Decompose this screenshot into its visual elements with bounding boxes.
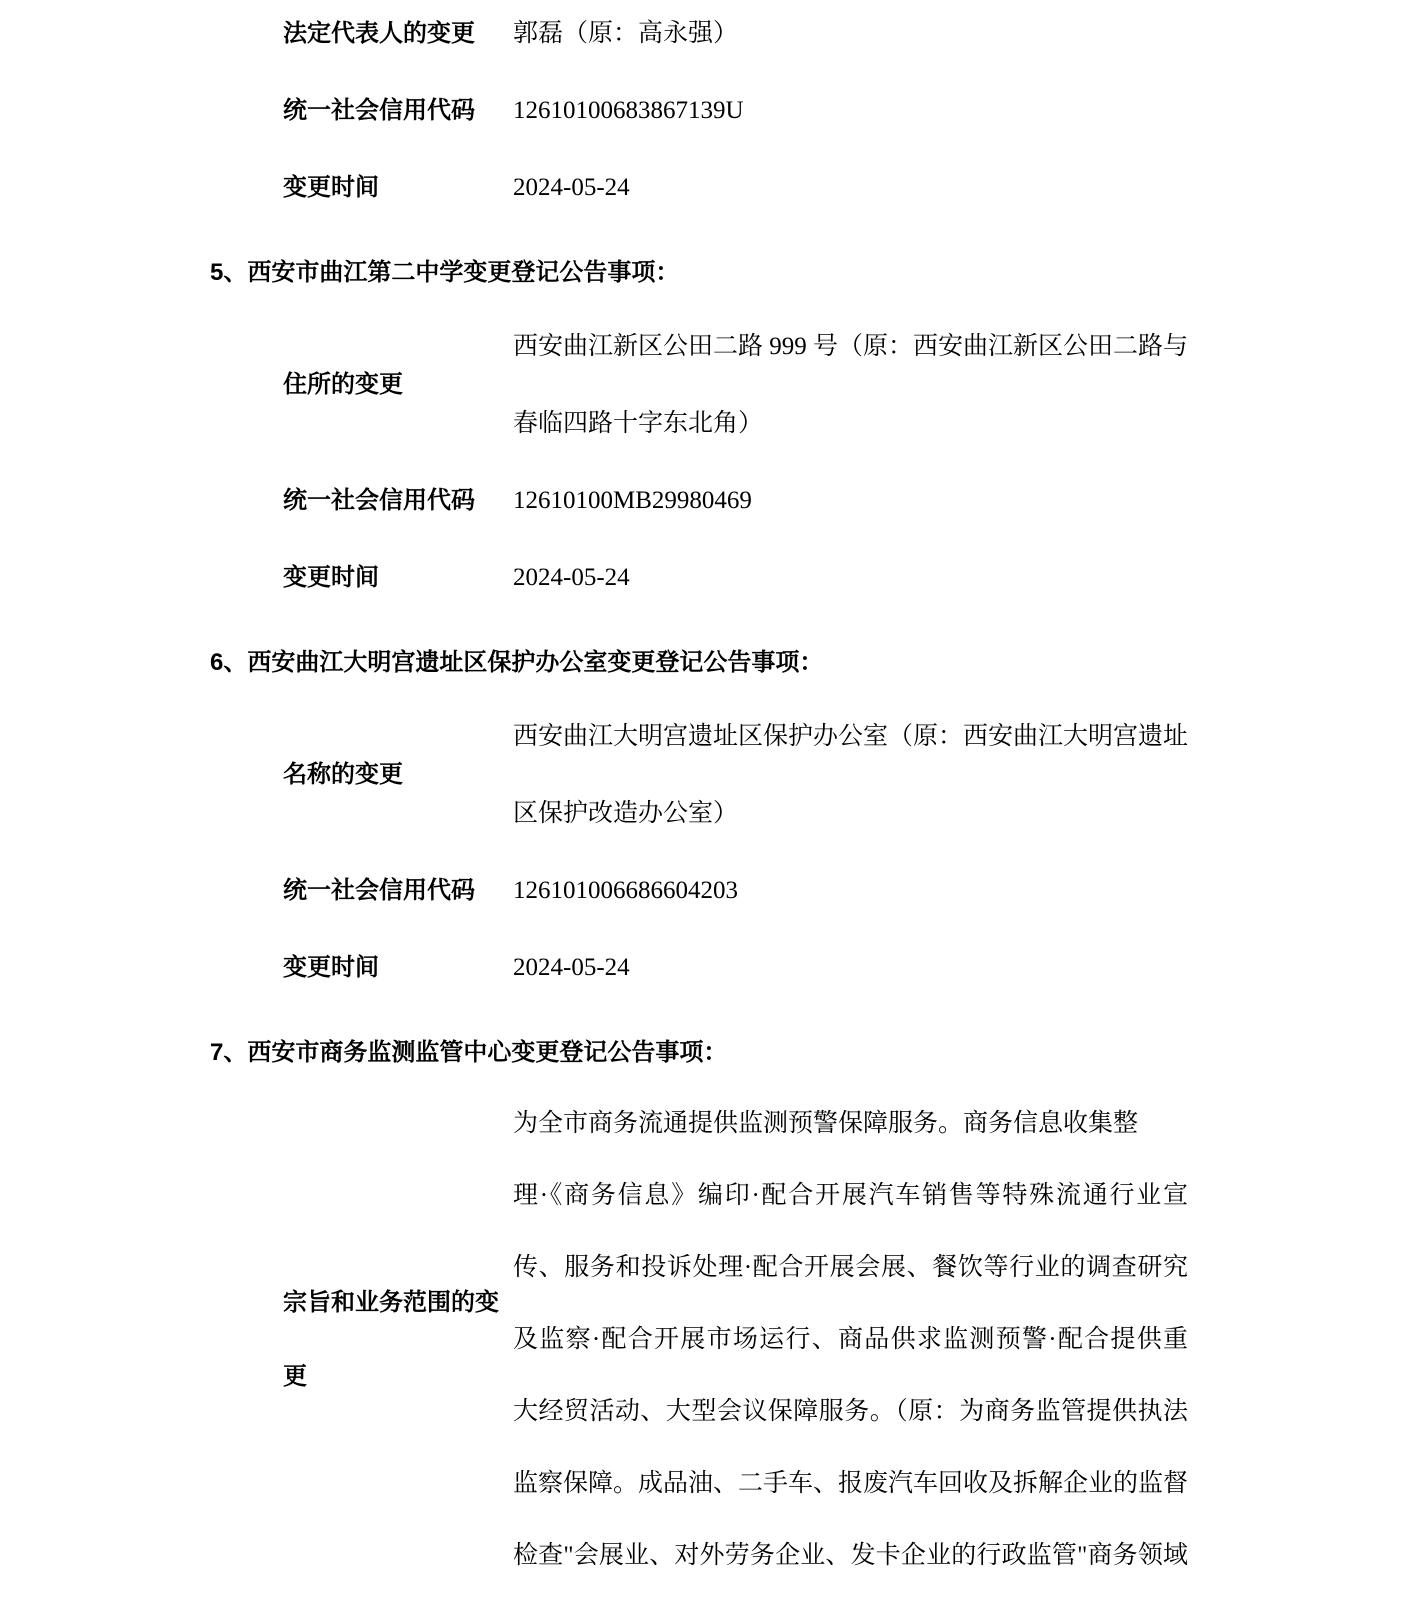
field-label: 变更时间 [283,931,513,1005]
field-value: 12610100683867139U [513,72,1188,149]
field-value: 2024-05-24 [513,539,1188,616]
value-line: 西安曲江新区公田二路 999 号（原：西安曲江新区公田二路与 [513,308,1188,385]
value-line: 为全市商务流通提供监测预警保障服务。商务信息收集整 [513,1088,1188,1160]
section-heading: 6、西安曲江大明宫遗址区保护办公室变更登记公告事项： [210,621,1405,698]
value-line: 检查"会展业、对外劳务企业、发卡企业的行政监管"商务领域 [513,1520,1188,1592]
section-heading: 7、西安市商务监测监管中心变更登记公告事项： [210,1011,1405,1088]
field-label: 住所的变更 [283,348,513,422]
value-line: 及监察·配合开展市场运行、商品供求监测预警·配合提供重 [513,1304,1188,1376]
field-row: 变更时间 2024-05-24 [0,929,1405,1006]
field-value: 西安曲江新区公田二路 999 号（原：西安曲江新区公田二路与 春临四路十字东北角… [513,308,1188,462]
field-value: 为全市商务流通提供监测预警保障服务。商务信息收集整 理·《商务信息》编印·配合开… [513,1088,1188,1592]
document-page: 法定代表人的变更 郭磊（原：高永强） 统一社会信用代码 126101006838… [0,0,1405,1592]
field-value: 2024-05-24 [513,929,1188,1006]
value-line: 春临四路十字东北角） [513,385,1188,462]
field-label: 变更时间 [283,541,513,615]
field-label: 统一社会信用代码 [283,74,513,148]
field-row: 统一社会信用代码 126101006686604203 [0,852,1405,929]
field-value: 12610100MB29980469 [513,462,1188,539]
section-heading: 5、西安市曲江第二中学变更登记公告事项： [210,231,1405,308]
field-value: 郭磊（原：高永强） [513,0,1188,72]
field-row: 变更时间 2024-05-24 [0,149,1405,226]
field-label: 变更时间 [283,151,513,225]
field-row: 统一社会信用代码 12610100683867139U [0,72,1405,149]
field-row: 名称的变更 西安曲江大明宫遗址区保护办公室（原：西安曲江大明宫遗址 区保护改造办… [0,698,1405,852]
value-line: 区保护改造办公室） [513,775,1188,852]
field-row: 统一社会信用代码 12610100MB29980469 [0,462,1405,539]
field-label: 宗旨和业务范围的变更 [283,1266,513,1414]
field-label: 统一社会信用代码 [283,854,513,928]
value-line: 西安曲江大明宫遗址区保护办公室（原：西安曲江大明宫遗址 [513,698,1188,775]
field-value: 126101006686604203 [513,852,1188,929]
field-label: 名称的变更 [283,738,513,812]
field-label: 法定代表人的变更 [283,0,513,71]
value-line: 大经贸活动、大型会议保障服务。（原：为商务监管提供执法 [513,1376,1188,1448]
field-value: 2024-05-24 [513,149,1188,226]
field-row: 住所的变更 西安曲江新区公田二路 999 号（原：西安曲江新区公田二路与 春临四… [0,308,1405,462]
field-label: 统一社会信用代码 [283,464,513,538]
value-line: 传、服务和投诉处理·配合开展会展、餐饮等行业的调查研究 [513,1232,1188,1304]
value-line: 监察保障。成品油、二手车、报废汽车回收及拆解企业的监督 [513,1448,1188,1520]
value-line: 理·《商务信息》编印·配合开展汽车销售等特殊流通行业宣 [513,1160,1188,1232]
field-value: 西安曲江大明宫遗址区保护办公室（原：西安曲江大明宫遗址 区保护改造办公室） [513,698,1188,852]
field-row: 宗旨和业务范围的变更 为全市商务流通提供监测预警保障服务。商务信息收集整 理·《… [0,1088,1405,1592]
field-row: 法定代表人的变更 郭磊（原：高永强） [0,0,1405,72]
field-row: 变更时间 2024-05-24 [0,539,1405,616]
